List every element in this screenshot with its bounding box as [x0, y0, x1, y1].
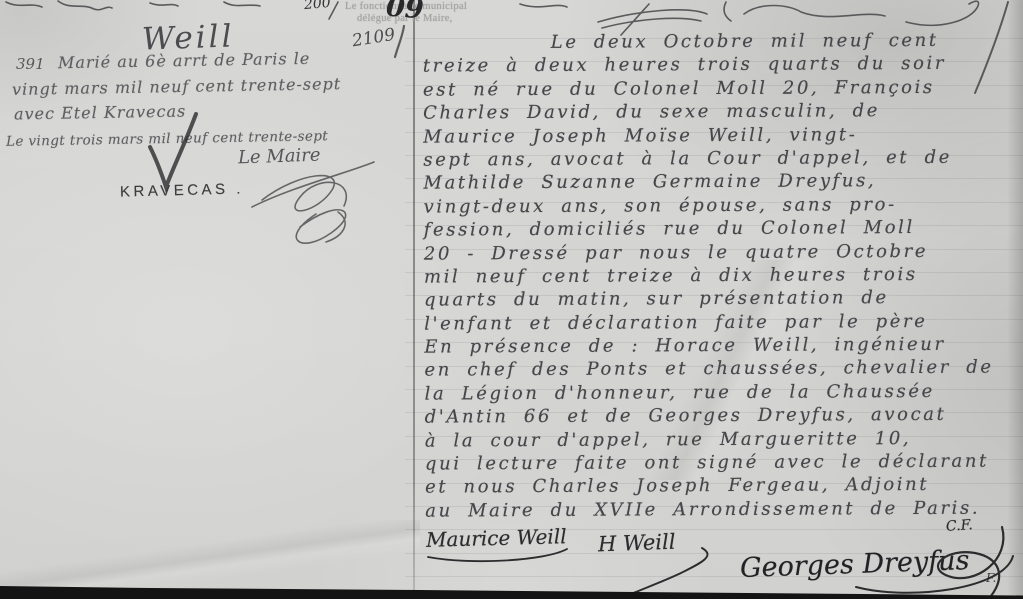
mayor-label: Le Maire [238, 145, 321, 169]
marginal-record-number: 391 [16, 55, 45, 73]
overwritten-number: 09 [385, 0, 425, 25]
marriage-note-line: Marié au 6è arrt de Paris le [58, 49, 311, 72]
act-line: et nous Charles Joseph Fergeau, Adjoint [425, 474, 1023, 501]
act-line: qui lecture faite ont signé avec le décl… [425, 450, 1023, 477]
margin-rule-line [413, 0, 415, 599]
corrected-surname-block-letters: KRAVECAS . [120, 180, 244, 200]
scan-bottom-band [0, 586, 1023, 599]
act-line: à la cour d'appel, rue Margueritte 10, [425, 427, 1023, 454]
act-line: est né rue du Colonel Moll 20, François [423, 76, 1023, 103]
paper-crease [0, 520, 420, 590]
act-line: la Légion d'honneur, rue de la Chaussée [425, 380, 1023, 407]
act-line: Charles David, du sexe masculin, de [423, 100, 1023, 127]
birth-act-text: Le deux Octobre mil neuf centtreize à de… [423, 29, 1023, 523]
act-line: treize à deux heures trois quarts du soi… [423, 53, 1023, 80]
act-line: mil neuf cent treize à dix heures trois [424, 263, 1023, 290]
act-number: 2109 [351, 25, 397, 52]
act-line: quarts du matin, sur présentation de [424, 287, 1023, 314]
marriage-note-line: vingt mars mil neuf cent trente-sept [12, 74, 342, 99]
act-line: fession, domiciliés rue du Colonel Moll [424, 217, 1023, 244]
registry-page-scan: Le fonctionnaire municipal délégué par l… [0, 0, 1023, 599]
mayor-paraph-scribble [252, 162, 374, 243]
signature-h-weill: H Weill [598, 530, 676, 557]
act-line: au Maire du XVIIe Arrondissement de Pari… [425, 497, 1023, 524]
marriage-note-line: avec Etel Kravecas [14, 101, 187, 123]
signature-georges-dreyfus: Georges Dreyfus [740, 545, 970, 584]
signature-maurice-weill: Maurice Weill [426, 524, 567, 552]
official-paraph: C.F. [945, 517, 973, 535]
act-line: sept ans, avocat à la Cour d'appel, et d… [423, 146, 1023, 173]
act-line: 20 - Dressé par nous le quatre Octobre [424, 240, 1023, 267]
corner-initial-mark: F. [986, 571, 996, 585]
act-line: Mathilde Suzanne Germaine Dreyfus, [423, 170, 1023, 197]
act-line: en chef des Ponts et chaussées, chevalie… [424, 357, 1023, 384]
act-line: vingt-deux ans, son épouse, sans pro- [424, 193, 1023, 220]
margin-checkmark-stroke [150, 114, 196, 187]
act-line: d'Antin 66 et de Georges Dreyfus, avocat [425, 404, 1023, 431]
act-line: l'enfant et déclaration faite par le pèr… [424, 310, 1023, 337]
stamp-number: 200 [303, 0, 331, 13]
act-line: Maurice Joseph Moïse Weill, vingt- [423, 123, 1023, 150]
